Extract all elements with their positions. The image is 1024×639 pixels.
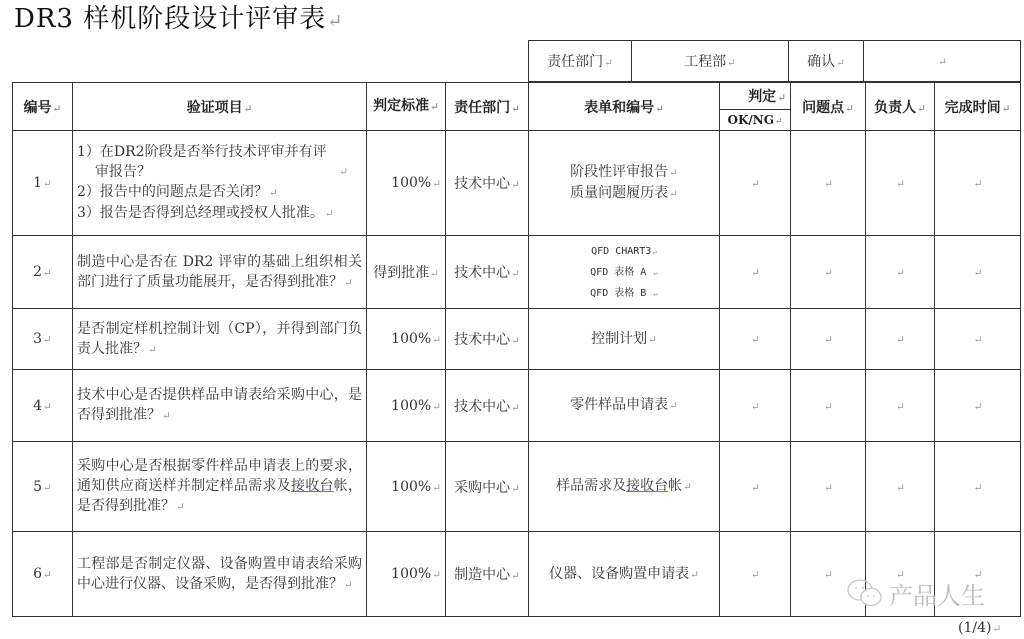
cell-issues[interactable]: ↵ [791,442,866,532]
table-row: 1↵ 1）在DR2阶段是否举行技术评审并有评 审报告？↵ 2）报告中的问题点是否… [13,131,1021,236]
table-row: 6↵ 工程部是否制定仪器、设备购置申请表给采购中心进行仪器、设备采购，是否得到批… [13,532,1021,617]
cell-done-time[interactable]: ↵ [935,370,1021,442]
cell-forms: 仪器、设备购置申请表↵ [529,532,720,617]
info-dept-value[interactable]: 工程部↵ [632,41,789,82]
header-no: 编号↵ [13,83,73,131]
cell-forms: 样品需求及接收台帐↵ [529,442,720,532]
cell-dept: 技术中心↵ [446,236,529,309]
header-standard: 判定标准↵ [367,83,446,131]
cell-item[interactable]: 工程部是否制定仪器、设备购置申请表给采购中心进行仪器、设备采购，是否得到批准？↵ [73,532,367,617]
header-forms: 表单和编号↵ [529,83,720,131]
cell-standard: 100%↵ [367,131,446,236]
cell-judge[interactable]: ↵ [720,236,791,309]
cell-judge[interactable]: ↵ [720,532,791,617]
spellcheck-underline: 接收台 [626,478,668,494]
cell-done-time[interactable]: ↵ [935,309,1021,370]
cell-no: 2↵ [13,236,73,309]
cell-standard: 得到批准↵ [367,236,446,309]
cell-item[interactable]: 1）在DR2阶段是否举行技术评审并有评 审报告？↵ 2）报告中的问题点是否关闭？… [73,131,367,236]
cell-no: 1↵ [13,131,73,236]
cell-forms: 阶段性评审报告↵ 质量问题履历表↵ [529,131,720,236]
cell-no: 5↵ [13,442,73,532]
cell-forms: 控制计划↵ [529,309,720,370]
cell-judge[interactable]: ↵ [720,442,791,532]
cell-forms: 零件样品申请表↵ [529,370,720,442]
header-judge-okng: OK/NG↵ [720,110,791,131]
cell-dept: 采购中心↵ [446,442,529,532]
info-strip: 责任部门↵ 工程部↵ 确认↵ ↵ [528,40,1021,82]
header-issues: 问题点↵ [791,83,866,131]
review-table: 编号↵ 验证项目↵ 判定标准↵ 责任部门↵ 表单和编号↵ 判定↵ 问题点↵ 负责… [12,82,1021,617]
cell-issues[interactable]: ↵ [791,309,866,370]
cell-owner[interactable]: ↵ [866,309,935,370]
cell-item[interactable]: 采购中心是否根据零件样品申请表上的要求，通知供应商送样并制定样品需求及接收台帐，… [73,442,367,532]
cell-standard: 100%↵ [367,309,446,370]
table-row: 5↵ 采购中心是否根据零件样品申请表上的要求，通知供应商送样并制定样品需求及接收… [13,442,1021,532]
cell-standard: 100%↵ [367,370,446,442]
cell-dept: 技术中心↵ [446,131,529,236]
header-dept: 责任部门↵ [446,83,529,131]
info-confirm-label: 确认↵ [789,41,864,82]
cell-dept: 制造中心↵ [446,532,529,617]
cell-item[interactable]: 制造中心是否在 DR2 评审的基础上组织相关部门进行了质量功能展开，是否得到批准… [73,236,367,309]
cell-owner[interactable]: ↵ [866,131,935,236]
cell-owner[interactable]: ↵ [866,370,935,442]
table-row: 3↵ 是否制定样机控制计划（CP），并得到部门负责人批准？↵ 100%↵ 技术中… [13,309,1021,370]
cell-judge[interactable]: ↵ [720,370,791,442]
title-text: DR3 样机阶段设计评审表 [14,4,326,34]
header-done-time: 完成时间↵ [935,83,1021,131]
cell-owner[interactable]: ↵ [866,532,935,617]
info-dept-label: 责任部门↵ [529,41,632,82]
cell-item[interactable]: 技术中心是否提供样品申请表给采购中心，是否得到批准？↵ [73,370,367,442]
cell-no: 3↵ [13,309,73,370]
cell-owner[interactable]: ↵ [866,442,935,532]
cell-standard: 100%↵ [367,532,446,617]
cell-no: 6↵ [13,532,73,617]
table-row: 4↵ 技术中心是否提供样品申请表给采购中心，是否得到批准？↵ 100%↵ 技术中… [13,370,1021,442]
cell-issues[interactable]: ↵ [791,532,866,617]
table-row: 2↵ 制造中心是否在 DR2 评审的基础上组织相关部门进行了质量功能展开，是否得… [13,236,1021,309]
spellcheck-underline: 接收台 [291,478,334,494]
cell-done-time[interactable]: ↵ [935,532,1021,617]
cell-dept: 技术中心↵ [446,370,529,442]
cell-no: 4↵ [13,370,73,442]
cell-owner[interactable]: ↵ [866,236,935,309]
page-number: (1/4)↵ [958,620,1001,636]
cell-done-time[interactable]: ↵ [935,131,1021,236]
cell-issues[interactable]: ↵ [791,236,866,309]
cell-done-time[interactable]: ↵ [935,236,1021,309]
info-confirm-value[interactable]: ↵ [864,41,1021,82]
paragraph-mark: ↵ [327,11,343,32]
document-title: DR3 样机阶段设计评审表↵ [14,2,343,39]
cell-issues[interactable]: ↵ [791,131,866,236]
header-item: 验证项目↵ [73,83,367,131]
cell-item[interactable]: 是否制定样机控制计划（CP），并得到部门负责人批准？↵ [73,309,367,370]
cell-forms: QFD CHART3↵ QFD 表格 A ↵ QFD 表格 B ↵ [529,236,720,309]
cell-done-time[interactable]: ↵ [935,442,1021,532]
header-judge: 判定↵ [720,83,791,110]
cell-judge[interactable]: ↵ [720,131,791,236]
header-owner: 负责人↵ [866,83,935,131]
cell-issues[interactable]: ↵ [791,370,866,442]
cell-judge[interactable]: ↵ [720,309,791,370]
cell-standard: 100%↵ [367,442,446,532]
cell-dept: 技术中心↵ [446,309,529,370]
